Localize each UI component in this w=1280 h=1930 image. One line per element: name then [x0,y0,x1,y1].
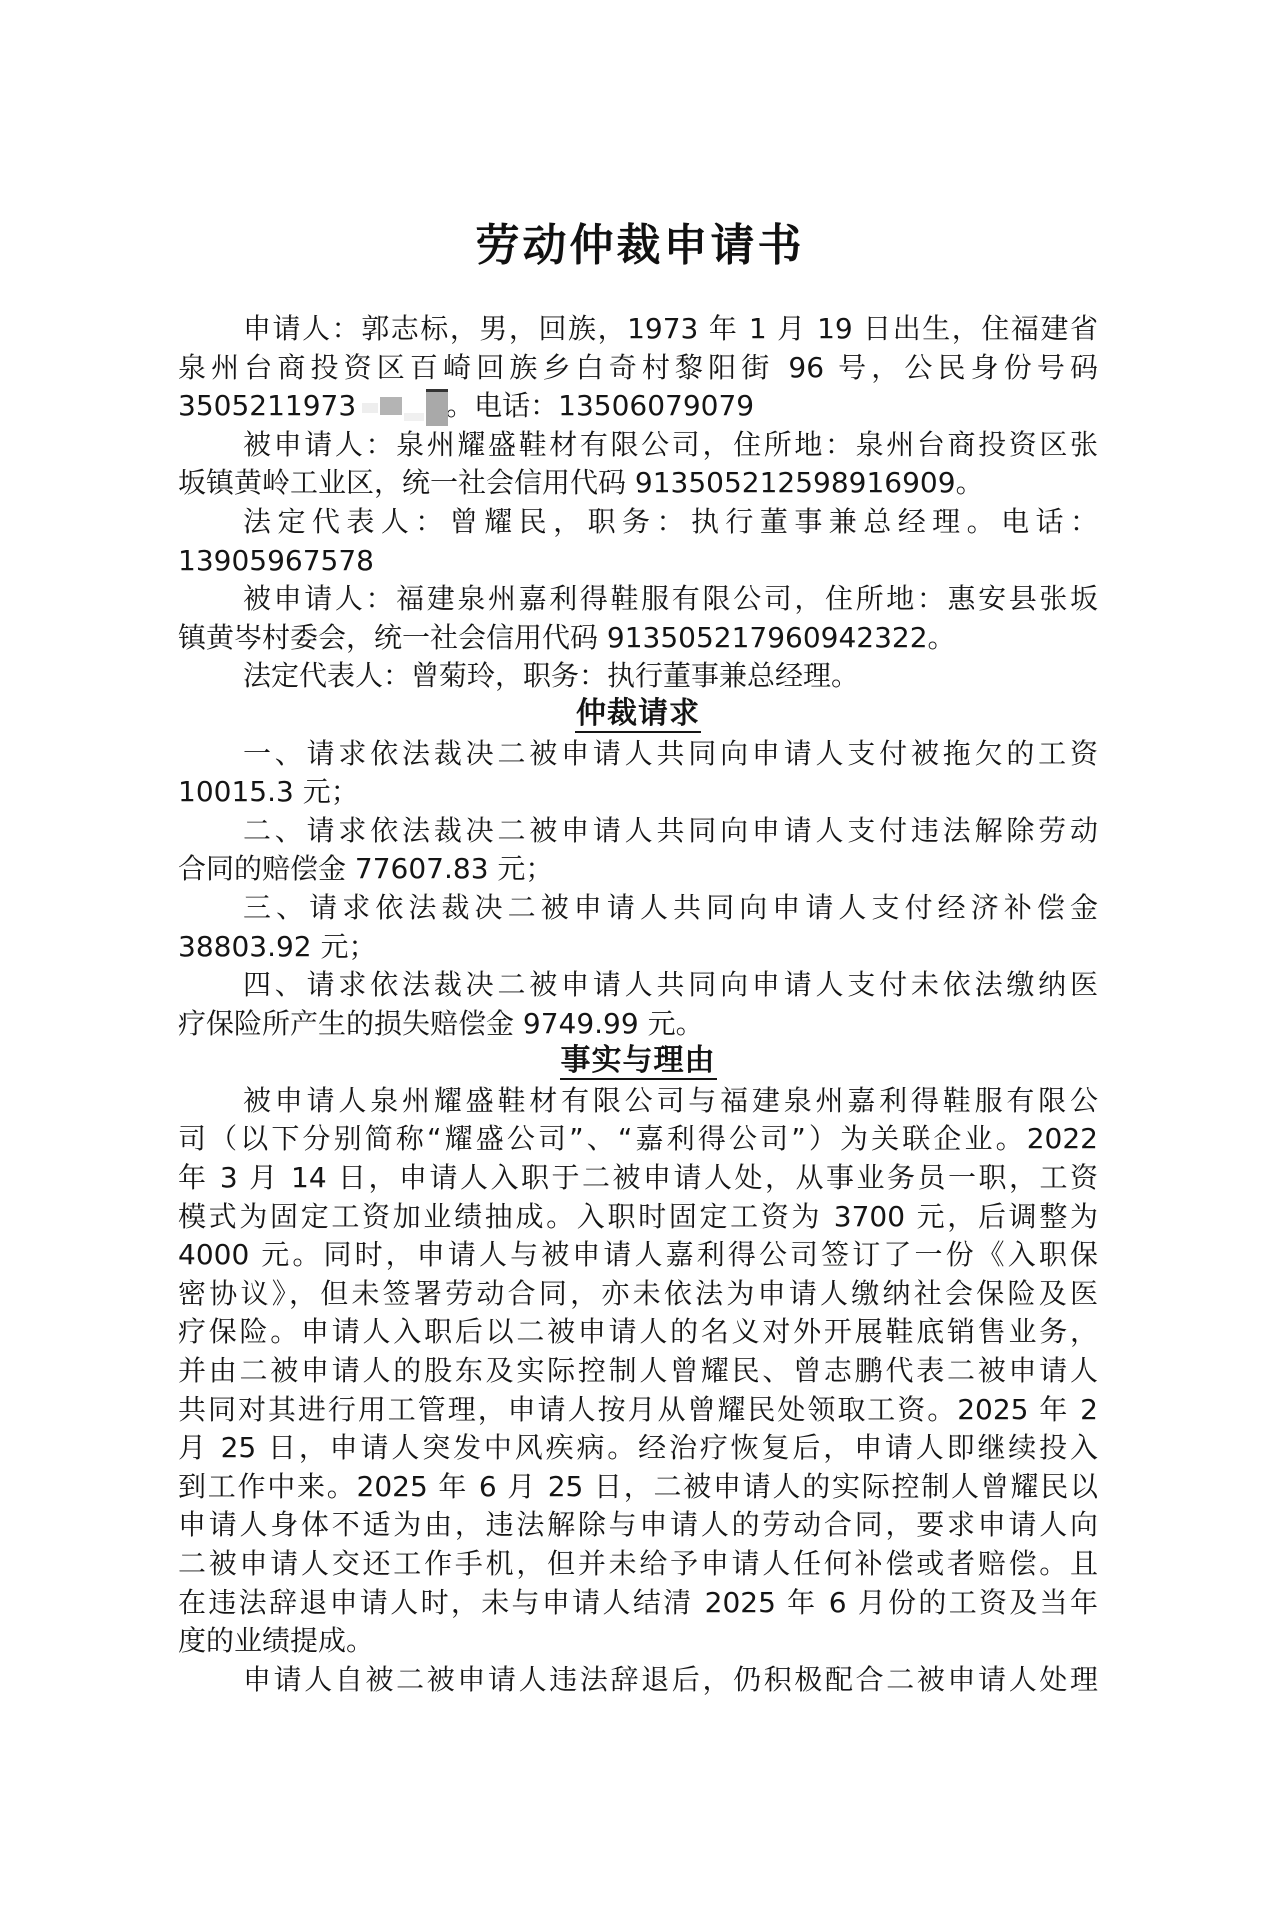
facts-p1-line: 被申请人泉州耀盛鞋材有限公司与福建泉州嘉利得鞋服有限公 [178,1082,1098,1121]
facts-p1-line: 申请人身体不适为由，违法解除与申请人的劳动合同，要求申请人向 [178,1506,1098,1545]
respondent-1-legal-rep-line-1: 法定代表人：曾耀民，职务：执行董事兼总经理。电话： [178,503,1098,542]
respondent-2-line-2: 镇黄岑村委会，统一社会信用代码 913505217960942322。 [178,619,1098,658]
claim-4-line-1: 四、请求依法裁决二被申请人共同向申请人支付未依法缴纳医 [178,966,1098,1005]
facts-p2-line: 申请人自被二被申请人违法辞退后，仍积极配合二被申请人处理 [178,1661,1098,1700]
facts-heading: 事实与理由 [178,1043,1098,1082]
applicant-phone-text: 。电话：13506079079 [446,389,754,422]
respondent-1-line-2: 坂镇黄岭工业区，统一社会信用代码 913505212598916909。 [178,464,1098,503]
facts-p1-line: 月 25 日，申请人突发中风疾病。经治疗恢复后，申请人即继续投入 [178,1429,1098,1468]
facts-p1-line: 密协议》，但未签署劳动合同，亦未依法为申请人缴纳社会保险及医 [178,1275,1098,1314]
applicant-line-3: 3505211973。电话：13506079079 [178,387,1098,426]
facts-p1-line: 疗保险。申请人入职后以二被申请人的名义对外开展鞋底销售业务， [178,1313,1098,1352]
document-title: 劳动仲裁申请书 [0,216,1280,276]
claims-heading-text: 仲裁请求 [575,697,701,733]
facts-p1-line: 年 3 月 14 日，申请人入职于二被申请人处，从事业务员一职，工资 [178,1159,1098,1198]
facts-heading-text: 事实与理由 [560,1044,717,1080]
respondent-2-legal-rep-line: 法定代表人：曾菊玲，职务：执行董事兼总经理。 [178,657,1098,696]
facts-paragraph-2: 申请人自被二被申请人违法辞退后，仍积极配合二被申请人处理 [178,1661,1098,1700]
claim-1-line-1: 一、请求依法裁决二被申请人共同向申请人支付被拖欠的工资 [178,735,1098,774]
facts-p1-line: 在违法辞退申请人时，未与申请人结清 2025 年 6 月份的工资及当年 [178,1584,1098,1623]
claims-heading: 仲裁请求 [178,696,1098,735]
facts-p1-line: 模式为固定工资加业绩抽成。入职时固定工资为 3700 元，后调整为 [178,1198,1098,1237]
applicant-section: 申请人：郭志标，男，回族，1973 年 1 月 19 日出生，住福建省 泉州台商… [178,310,1098,426]
facts-p1-line: 到工作中来。2025 年 6 月 25 日，二被申请人的实际控制人曾耀民以 [178,1468,1098,1507]
facts-p1-line: 4000 元。同时，申请人与被申请人嘉利得公司签订了一份《入职保 [178,1236,1098,1275]
facts-paragraph-1: 被申请人泉州耀盛鞋材有限公司与福建泉州嘉利得鞋服有限公 司（以下分别简称“耀盛公… [178,1082,1098,1661]
facts-p1-line: 并由二被申请人的股东及实际控制人曾耀民、曾志鹏代表二被申请人 [178,1352,1098,1391]
claim-4-line-2: 疗保险所产生的损失赔偿金 9749.99 元。 [178,1005,1098,1044]
document-body: 申请人：郭志标，男，回族，1973 年 1 月 19 日出生，住福建省 泉州台商… [178,310,1098,1699]
claim-3-line-2: 38803.92 元； [178,928,1098,967]
claim-2-line-2: 合同的赔偿金 77607.83 元； [178,850,1098,889]
redaction-mosaic-icon [356,391,446,423]
document-page: 劳动仲裁申请书 申请人：郭志标，男，回族，1973 年 1 月 19 日出生，住… [0,0,1280,1930]
claims-list: 一、请求依法裁决二被申请人共同向申请人支付被拖欠的工资 10015.3 元； 二… [178,735,1098,1044]
facts-p1-line: 二被申请人交还工作手机，但并未给予申请人任何补偿或者赔偿。且 [178,1545,1098,1584]
facts-p1-line: 共同对其进行用工管理，申请人按月从曾耀民处领取工资。2025 年 2 [178,1391,1098,1430]
respondent-2-line-1: 被申请人：福建泉州嘉利得鞋服有限公司，住所地：惠安县张坂 [178,580,1098,619]
claim-2-line-1: 二、请求依法裁决二被申请人共同向申请人支付违法解除劳动 [178,812,1098,851]
respondent-1-legal-rep-phone: 13905967578 [178,542,1098,581]
claim-1-line-2: 10015.3 元； [178,773,1098,812]
respondent-1-line-1: 被申请人：泉州耀盛鞋材有限公司，住所地：泉州台商投资区张 [178,426,1098,465]
respondent-2-section: 被申请人：福建泉州嘉利得鞋服有限公司，住所地：惠安县张坂 镇黄岑村委会，统一社会… [178,580,1098,696]
applicant-line-1: 申请人：郭志标，男，回族，1973 年 1 月 19 日出生，住福建省 [178,310,1098,349]
respondent-1-section: 被申请人：泉州耀盛鞋材有限公司，住所地：泉州台商投资区张 坂镇黄岭工业区，统一社… [178,426,1098,580]
claim-3-line-1: 三、请求依法裁决二被申请人共同向申请人支付经济补偿金 [178,889,1098,928]
applicant-line-2: 泉州台商投资区百崎回族乡白奇村黎阳街 96 号，公民身份号码 [178,349,1098,388]
applicant-id-prefix: 3505211973 [178,389,356,422]
facts-p1-line: 司（以下分别简称“耀盛公司”、“嘉利得公司”）为关联企业。2022 [178,1120,1098,1159]
facts-p1-line: 度的业绩提成。 [178,1622,1098,1661]
